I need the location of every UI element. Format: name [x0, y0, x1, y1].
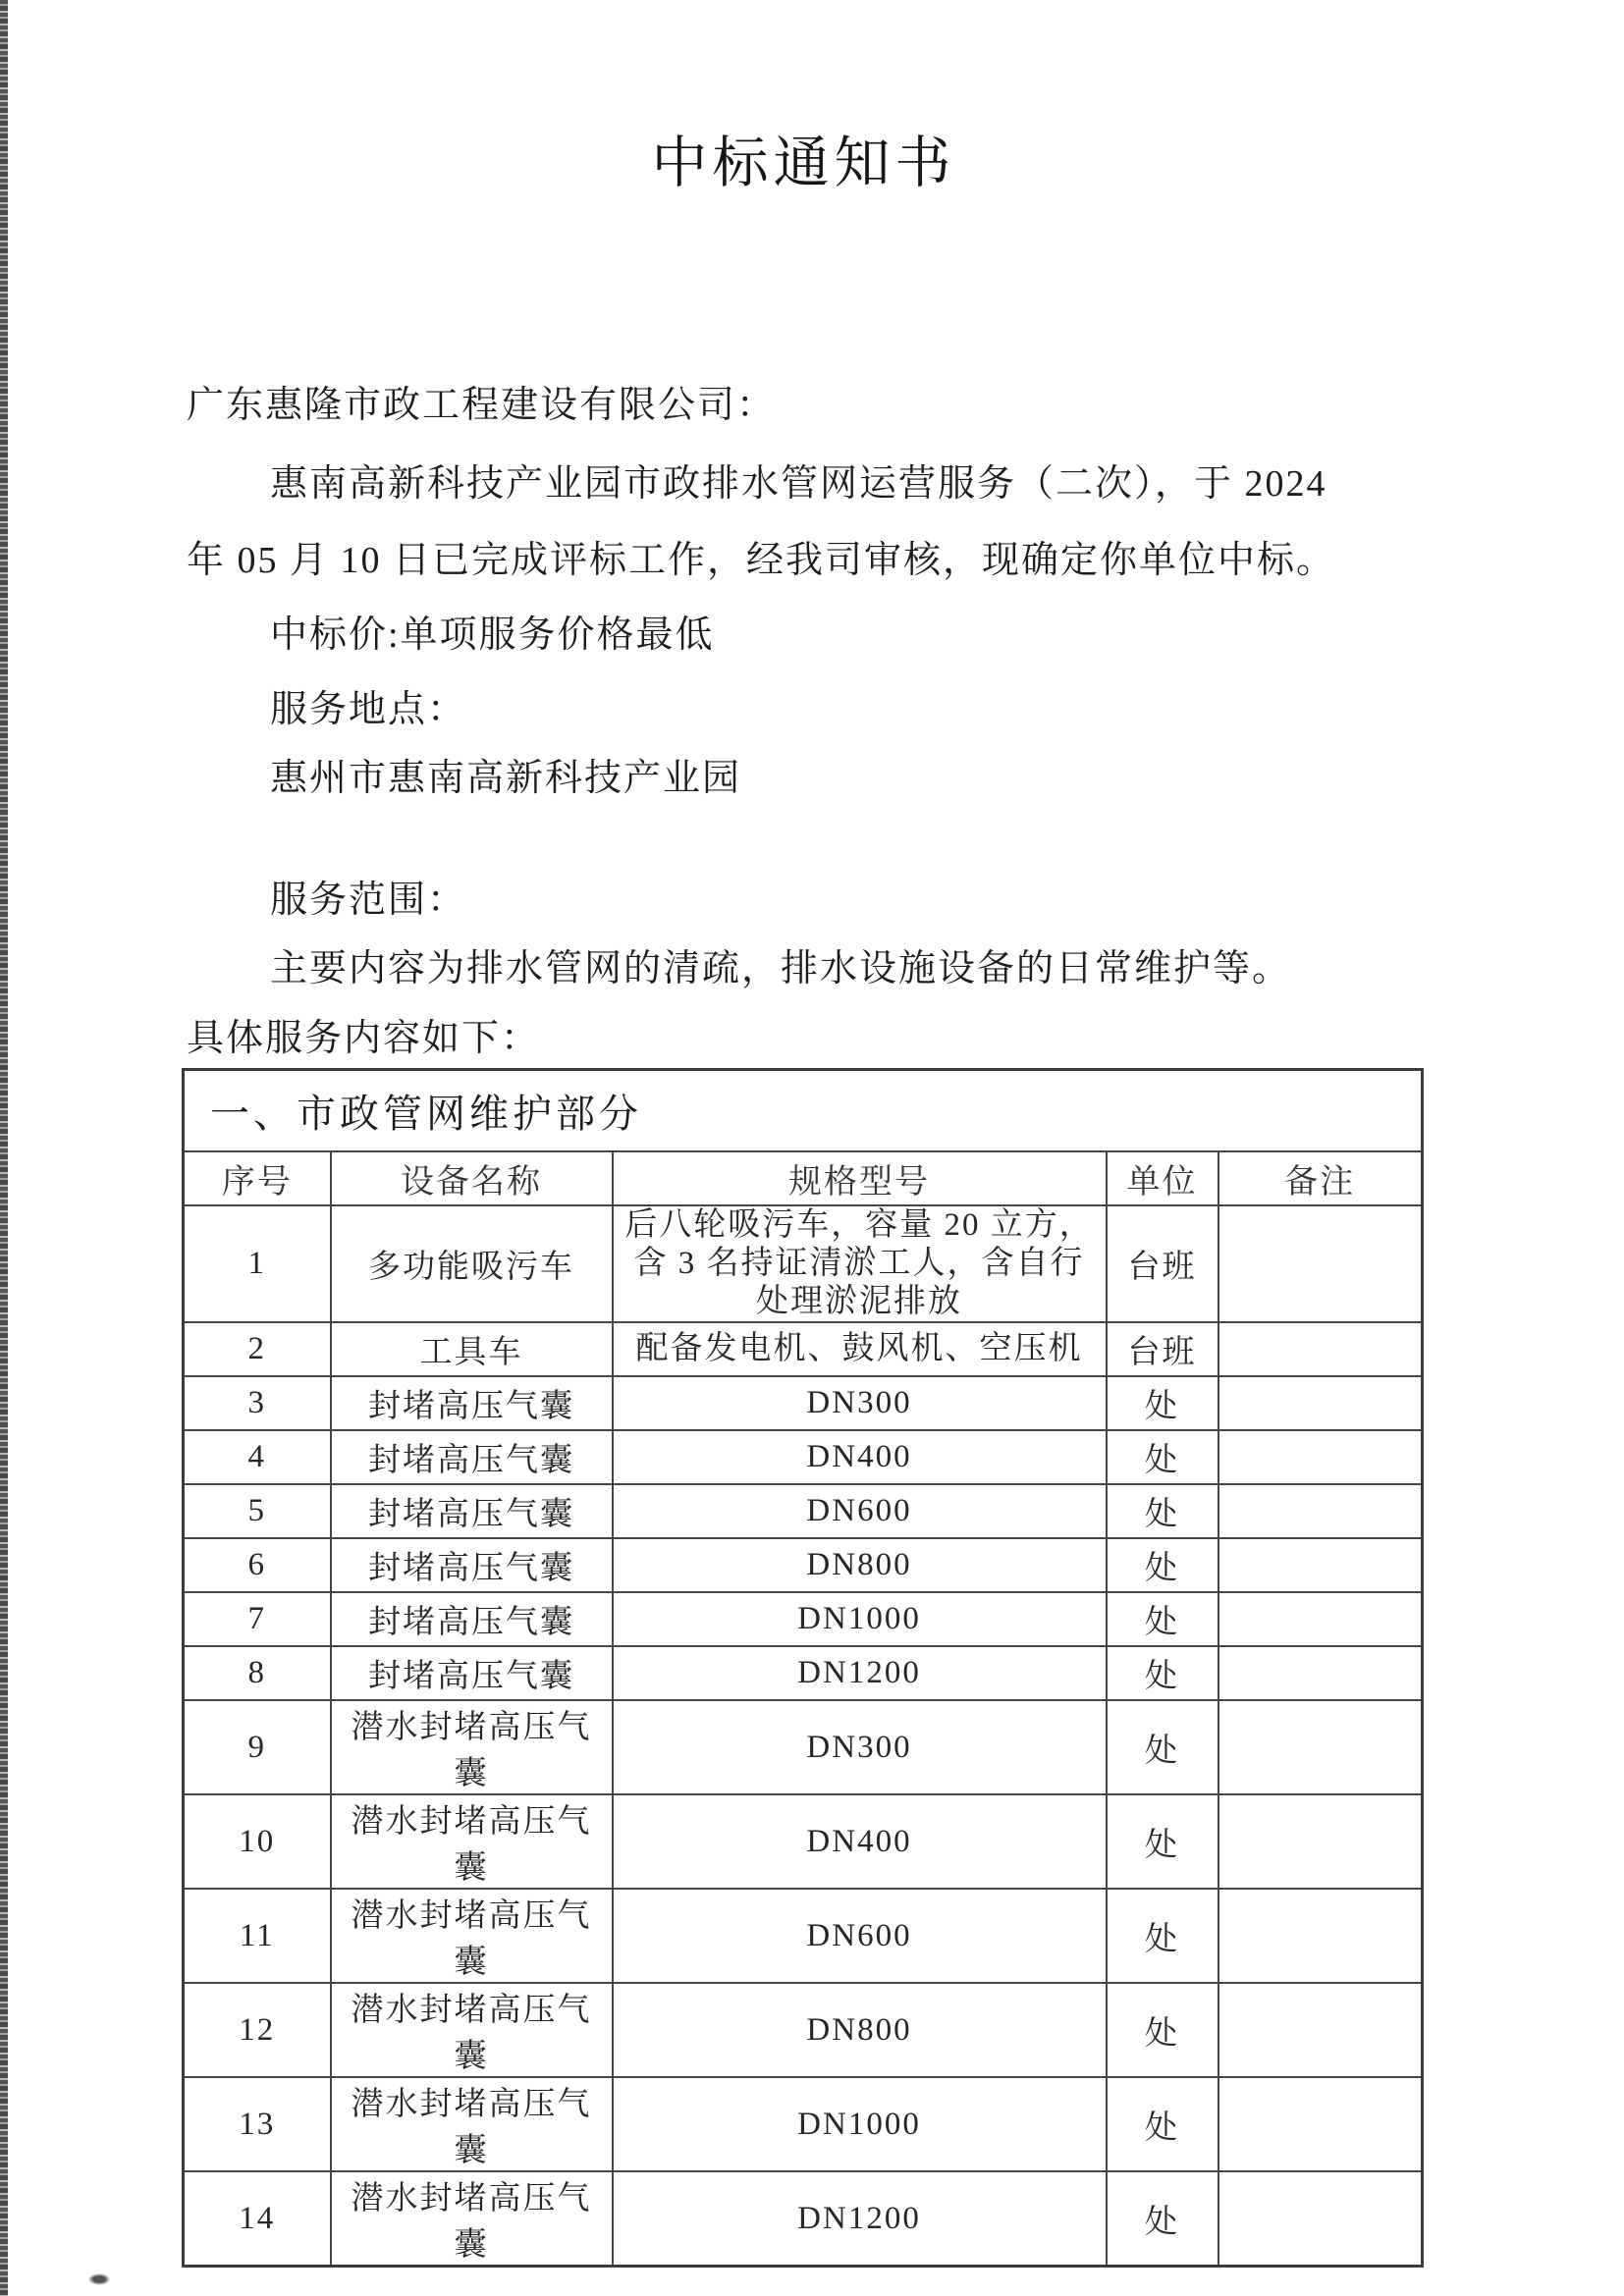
- cell-equipment-name: 封堵高压气囊: [331, 1484, 613, 1538]
- cell-unit: 处: [1107, 1538, 1218, 1592]
- cell-equipment-name: 封堵高压气囊: [331, 1646, 613, 1700]
- table-section-header-row: 一、市政管网维护部分: [184, 1070, 1423, 1152]
- cell-serial: 11: [184, 1889, 331, 1983]
- cell-unit: 处: [1107, 1646, 1218, 1700]
- scanner-edge-artifact: [0, 0, 8, 2296]
- table-row: 10潜水封堵高压气囊DN400处: [184, 1794, 1423, 1889]
- table-row: 8封堵高压气囊DN1200处: [184, 1646, 1423, 1700]
- cell-note: [1218, 1376, 1423, 1430]
- table-row: 11潜水封堵高压气囊DN600处: [184, 1889, 1423, 1983]
- equipment-table-body: 1多功能吸污车后八轮吸污车，容量 20 立方，含 3 名持证清淤工人，含自行处理…: [184, 1205, 1423, 2267]
- service-location-label: 服务地点：: [270, 678, 466, 732]
- body-paragraph-line-1: 惠南高新科技产业园市政排水管网运营服务（二次），于 2024: [270, 453, 1327, 507]
- cell-equipment-name: 封堵高压气囊: [331, 1538, 613, 1592]
- cell-note: [1218, 1430, 1423, 1484]
- cell-unit: 处: [1107, 1376, 1218, 1430]
- cell-note: [1218, 1889, 1423, 1983]
- cell-spec: DN1000: [613, 2077, 1107, 2171]
- cell-equipment-name: 潜水封堵高压气囊: [331, 1889, 613, 1983]
- detail-intro-line: 具体服务内容如下：: [187, 1007, 540, 1061]
- cell-note: [1218, 1794, 1423, 1889]
- table-row: 9潜水封堵高压气囊DN300处: [184, 1700, 1423, 1794]
- cell-serial: 13: [184, 2077, 331, 2171]
- table-row: 1多功能吸污车后八轮吸污车，容量 20 立方，含 3 名持证清淤工人，含自行处理…: [184, 1205, 1423, 1322]
- table-row: 12潜水封堵高压气囊DN800处: [184, 1983, 1423, 2077]
- column-header-note: 备注: [1218, 1151, 1423, 1205]
- cell-spec: DN1200: [613, 2171, 1107, 2267]
- table-row: 2工具车配备发电机、鼓风机、空压机台班: [184, 1322, 1423, 1376]
- cell-equipment-name: 封堵高压气囊: [331, 1376, 613, 1430]
- table-row: 14潜水封堵高压气囊DN1200处: [184, 2171, 1423, 2267]
- cell-serial: 12: [184, 1983, 331, 2077]
- cell-note: [1218, 1205, 1423, 1322]
- cell-serial: 2: [184, 1322, 331, 1376]
- table-row: 5封堵高压气囊DN600处: [184, 1484, 1423, 1538]
- cell-unit: 处: [1107, 1592, 1218, 1646]
- cell-equipment-name: 封堵高压气囊: [331, 1430, 613, 1484]
- cell-serial: 1: [184, 1205, 331, 1322]
- document-page: 中标通知书 广东惠隆市政工程建设有限公司： 惠南高新科技产业园市政排水管网运营服…: [0, 0, 1624, 2296]
- cell-spec: DN300: [613, 1700, 1107, 1794]
- salutation-line: 广东惠隆市政工程建设有限公司：: [187, 374, 776, 428]
- cell-serial: 14: [184, 2171, 331, 2267]
- service-location-value: 惠州市惠南高新科技产业园: [270, 747, 741, 801]
- column-header-serial: 序号: [184, 1151, 331, 1205]
- cell-unit: 处: [1107, 1983, 1218, 2077]
- cell-note: [1218, 1983, 1423, 2077]
- cell-equipment-name: 潜水封堵高压气囊: [331, 2077, 613, 2171]
- cell-unit: 处: [1107, 1889, 1218, 1983]
- cell-unit: 台班: [1107, 1205, 1218, 1322]
- cell-serial: 5: [184, 1484, 331, 1538]
- cell-note: [1218, 1592, 1423, 1646]
- cell-spec: 配备发电机、鼓风机、空压机: [613, 1322, 1107, 1376]
- cell-unit: 处: [1107, 2077, 1218, 2171]
- cell-unit: 处: [1107, 1700, 1218, 1794]
- column-header-spec-model: 规格型号: [613, 1151, 1107, 1205]
- cell-equipment-name: 潜水封堵高压气囊: [331, 2171, 613, 2267]
- scan-speck: [84, 2271, 114, 2287]
- award-price-line: 中标价:单项服务价格最低: [270, 604, 715, 658]
- cell-note: [1218, 1646, 1423, 1700]
- cell-serial: 3: [184, 1376, 331, 1430]
- cell-note: [1218, 1700, 1423, 1794]
- cell-equipment-name: 潜水封堵高压气囊: [331, 1794, 613, 1889]
- cell-equipment-name: 工具车: [331, 1322, 613, 1376]
- cell-note: [1218, 1538, 1423, 1592]
- service-scope-label: 服务范围：: [270, 869, 466, 923]
- cell-note: [1218, 2171, 1423, 2267]
- document-title: 中标通知书: [187, 118, 1421, 198]
- cell-spec: DN300: [613, 1376, 1107, 1430]
- cell-unit: 处: [1107, 1430, 1218, 1484]
- table-row: 6封堵高压气囊DN800处: [184, 1538, 1423, 1592]
- cell-note: [1218, 1322, 1423, 1376]
- cell-equipment-name: 潜水封堵高压气囊: [331, 1700, 613, 1794]
- cell-note: [1218, 2077, 1423, 2171]
- cell-serial: 7: [184, 1592, 331, 1646]
- cell-spec: DN800: [613, 1538, 1107, 1592]
- table-row: 7封堵高压气囊DN1000处: [184, 1592, 1423, 1646]
- cell-equipment-name: 封堵高压气囊: [331, 1592, 613, 1646]
- cell-note: [1218, 1484, 1423, 1538]
- body-paragraph-line-2: 年 05 月 10 日已完成评标工作，经我司审核，现确定你单位中标。: [187, 529, 1335, 583]
- column-header-unit: 单位: [1107, 1151, 1218, 1205]
- cell-serial: 6: [184, 1538, 331, 1592]
- cell-spec: DN600: [613, 1484, 1107, 1538]
- cell-serial: 9: [184, 1700, 331, 1794]
- cell-spec: DN1200: [613, 1646, 1107, 1700]
- cell-unit: 处: [1107, 1794, 1218, 1889]
- cell-serial: 4: [184, 1430, 331, 1484]
- cell-unit: 处: [1107, 2171, 1218, 2267]
- cell-equipment-name: 多功能吸污车: [331, 1205, 613, 1322]
- cell-serial: 8: [184, 1646, 331, 1700]
- cell-spec: DN400: [613, 1430, 1107, 1484]
- cell-spec: DN1000: [613, 1592, 1107, 1646]
- table-row: 13潜水封堵高压气囊DN1000处: [184, 2077, 1423, 2171]
- column-header-equipment-name: 设备名称: [331, 1151, 613, 1205]
- cell-unit: 处: [1107, 1484, 1218, 1538]
- table-column-header-row: 序号 设备名称 规格型号 单位 备注: [184, 1151, 1423, 1205]
- cell-serial: 10: [184, 1794, 331, 1889]
- equipment-table: 一、市政管网维护部分 序号 设备名称 规格型号 单位 备注 1多功能吸污车后八轮…: [182, 1068, 1424, 2268]
- cell-unit: 台班: [1107, 1322, 1218, 1376]
- table-row: 4封堵高压气囊DN400处: [184, 1430, 1423, 1484]
- table-row: 3封堵高压气囊DN300处: [184, 1376, 1423, 1430]
- cell-spec: DN600: [613, 1889, 1107, 1983]
- cell-equipment-name: 潜水封堵高压气囊: [331, 1983, 613, 2077]
- cell-spec: DN400: [613, 1794, 1107, 1889]
- cell-spec: 后八轮吸污车，容量 20 立方，含 3 名持证清淤工人，含自行处理淤泥排放: [613, 1205, 1107, 1322]
- table-section-title: 一、市政管网维护部分: [184, 1070, 1423, 1152]
- cell-spec: DN800: [613, 1983, 1107, 2077]
- service-scope-value: 主要内容为排水管网的清疏，排水设施设备的日常维护等。: [270, 937, 1291, 991]
